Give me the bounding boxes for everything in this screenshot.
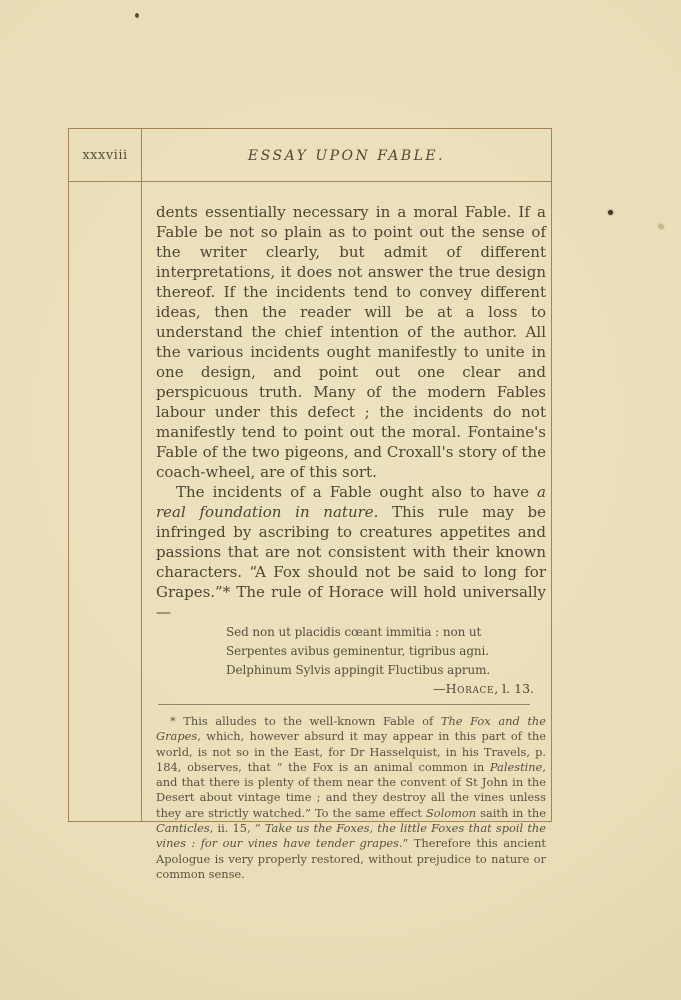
page-border-frame: xxxviii ESSAY UPON FABLE. dents essentia…: [68, 128, 552, 822]
verse-line-1: Sed non ut placidis cœant immitia : non …: [226, 623, 546, 642]
page-header: xxxviii ESSAY UPON FABLE.: [69, 129, 551, 182]
ink-speck: [657, 223, 665, 231]
ink-speck: [608, 210, 613, 215]
text-column: dents essentially necessary in a moral F…: [156, 202, 546, 882]
page-number: xxxviii: [69, 129, 141, 182]
verse-line-2: Serpentes avibus geminentur, tigribus ag…: [226, 642, 546, 661]
verse-quote: Sed non ut placidis cœant immitia : non …: [226, 623, 546, 680]
book-page: xxxviii ESSAY UPON FABLE. dents essentia…: [0, 0, 681, 1000]
body-paragraph-1: dents essentially necessary in a moral F…: [156, 202, 546, 482]
attribution-reference: , l. 13.: [494, 681, 534, 696]
attribution-dash: —: [433, 681, 446, 696]
verse-attribution: —Horace, l. 13.: [156, 680, 546, 697]
body-paragraph-2: The incidents of a Fable ought also to h…: [156, 482, 546, 622]
verse-line-3: Delphinum Sylvis appingit Fluctibus apru…: [226, 661, 546, 680]
ink-speck: [135, 13, 139, 18]
running-head-title: ESSAY UPON FABLE.: [142, 129, 551, 182]
attribution-author: Horace: [446, 681, 495, 696]
margin-divider-line: [141, 129, 142, 821]
footnote-text: * This alludes to the well-known Fable o…: [156, 714, 546, 882]
footnote-separator-rule: [158, 704, 530, 705]
